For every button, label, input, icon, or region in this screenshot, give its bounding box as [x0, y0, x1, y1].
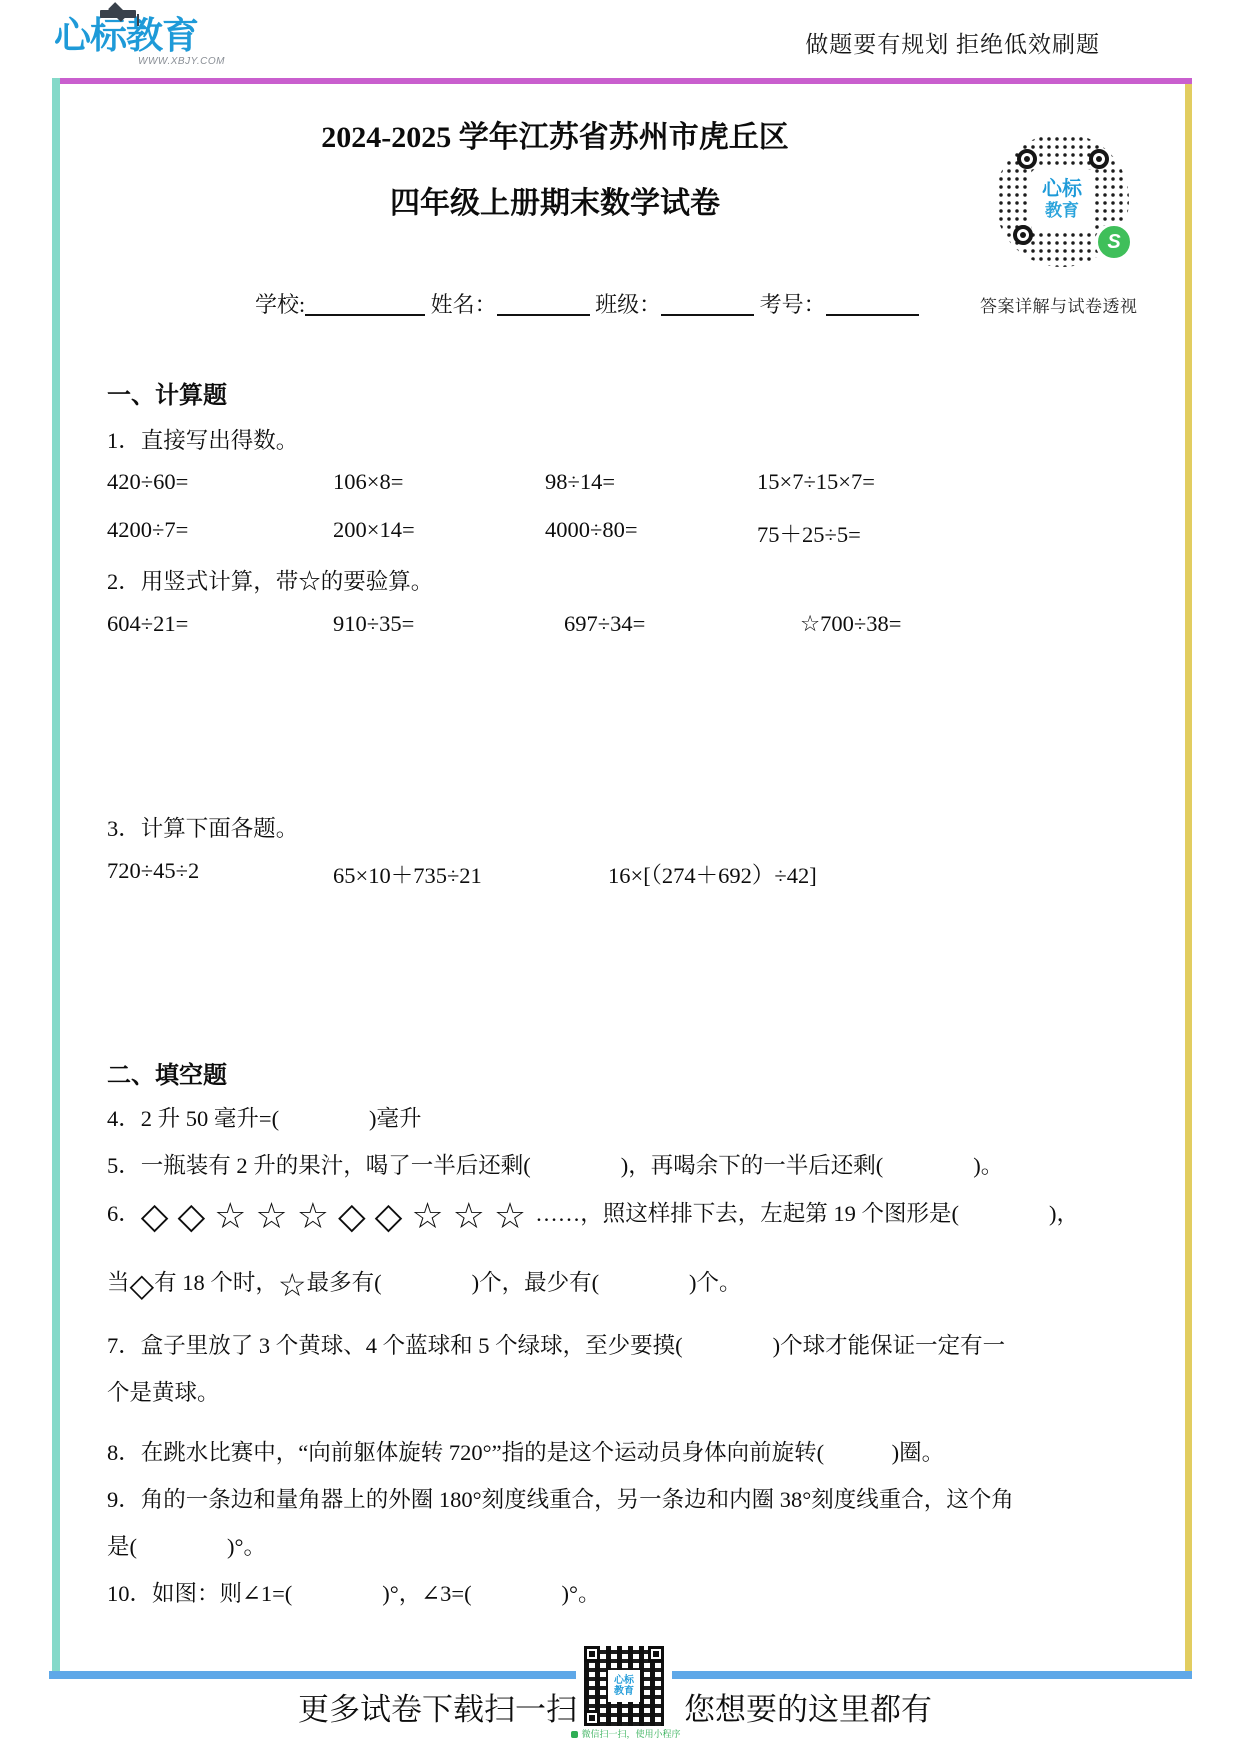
answer-qr-code: 心标 教育 S [995, 133, 1129, 267]
frame-top-border [52, 78, 1192, 84]
student-info-line: 学校: 姓名： 班级： 考号： [255, 288, 919, 319]
expression: ☆700÷38= [800, 611, 901, 637]
question-6-text: 最多有( )个，最少有( )个。 [307, 1270, 742, 1295]
footer-promo-right: 您想要的这里都有 [684, 1684, 932, 1729]
question-9-line1: 9．角的一条边和量角器上的外圈 180°刻度线重合，另一条边和内圈 38°刻度线… [107, 1482, 1147, 1514]
school-blank [305, 292, 425, 316]
star-shape: ☆ [255, 1196, 296, 1237]
expression: 697÷34= [564, 611, 800, 637]
graduation-cap-icon [100, 10, 136, 18]
question-6-number: 6． [107, 1201, 141, 1226]
footer-qr-logo-bottom: 教育 [614, 1686, 634, 1697]
qr-center-logo-bottom: 教育 [1045, 200, 1079, 222]
header-slogan: 做题要有规划 拒绝低效刷题 [805, 26, 1100, 59]
footer-qr-logo-top: 心标 [614, 1675, 634, 1686]
star-shape: ☆ [453, 1196, 494, 1237]
class-label: 班级： [595, 292, 661, 317]
footer-promo-left: 更多试卷下载扫一扫 [298, 1684, 577, 1729]
wechat-miniprogram-icon: S [1095, 223, 1133, 261]
qr-finder-icon [584, 1646, 600, 1662]
school-label: 学校: [255, 292, 305, 317]
diamond-shape: ◇ [338, 1196, 375, 1237]
question-6-line1: 6．◇◇☆☆☆◇◇☆☆☆……，照这样排下去，左起第 19 个图形是( )， [107, 1196, 1147, 1235]
footer-qr-caption-text: 微信扫一扫，使用小程序 [581, 1729, 680, 1739]
qr-finder-icon [1089, 149, 1109, 169]
footer-qr-pattern: 心标 教育 [584, 1646, 664, 1726]
question-6-text: 当 [107, 1270, 130, 1295]
expression: 604÷21= [107, 611, 333, 637]
expression: 4200÷7= [107, 517, 333, 549]
question-6-line2: 当◇有 18 个时，☆最多有( )个，最少有( )个。 [107, 1265, 1147, 1301]
frame-right-border [1185, 84, 1192, 1672]
star-shape: ☆ [214, 1196, 255, 1237]
wechat-dot-icon [571, 1731, 578, 1738]
star-shape: ☆ [278, 1266, 307, 1304]
expression: 720÷45÷2 [107, 858, 333, 890]
q2-label: 2．用竖式计算，带☆的要验算。 [107, 564, 1147, 596]
question-4: 4．2 升 50 毫升=( )毫升 [107, 1101, 1147, 1133]
question-7-line2: 个是黄球。 [107, 1375, 1147, 1407]
class-blank [661, 292, 754, 316]
expression: 420÷60= [107, 469, 333, 495]
diamond-shape: ◇ [130, 1266, 155, 1304]
section1-heading: 一、计算题 [107, 375, 1147, 410]
footer-qr-center-logo: 心标 教育 [608, 1670, 640, 1702]
qr-caption: 答案详解与试卷透视 [980, 292, 1150, 317]
section2-heading: 二、填空题 [107, 1055, 1147, 1090]
exam-no-blank [826, 292, 919, 316]
expression: 4000÷80= [545, 517, 757, 549]
expression: 910÷35= [333, 611, 564, 637]
qr-finder-icon [648, 1646, 664, 1662]
q1-row1: 420÷60= 106×8= 98÷14= 15×7÷15×7= [107, 469, 1147, 495]
question-5: 5．一瓶装有 2 升的果汁，喝了一半后还剩( )，再喝余下的一半后还剩( )。 [107, 1148, 1147, 1180]
star-shape: ☆ [297, 1196, 338, 1237]
question-6-tail: ……，照这样排下去，左起第 19 个图形是( )， [535, 1201, 1079, 1226]
diamond-shape: ◇ [141, 1196, 178, 1237]
name-label: 姓名： [431, 292, 497, 317]
exam-no-label: 考号： [760, 292, 826, 317]
name-blank [497, 292, 590, 316]
expression: 15×7÷15×7= [757, 469, 875, 495]
star-shape: ☆ [494, 1196, 535, 1237]
expression: 200×14= [333, 517, 545, 549]
expression: 65×10＋735÷21 [333, 858, 608, 890]
expression: 16×[（274＋692）÷42] [608, 858, 817, 890]
q1-row2: 4200÷7= 200×14= 4000÷80= 75＋25÷5= [107, 517, 1147, 549]
q2-row: 604÷21= 910÷35= 697÷34= ☆700÷38= [107, 611, 1147, 637]
paper-title-line2: 四年级上册期末数学试卷 [85, 178, 1025, 222]
brand-logo-text: 心标教育 [54, 15, 198, 56]
diamond-shape: ◇ [177, 1196, 214, 1237]
footer-qr-caption: 微信扫一扫，使用小程序 [556, 1727, 696, 1740]
qr-center-logo: 心标 教育 [1031, 169, 1093, 231]
question-10: 10．如图：则∠1=( )°，∠3=( )°。 [107, 1576, 1147, 1608]
qr-finder-icon [1013, 225, 1033, 245]
expression: 106×8= [333, 469, 545, 495]
q1-label: 1．直接写出得数。 [107, 423, 1147, 455]
frame-left-border [52, 78, 60, 1675]
paper-title-line1: 2024-2025 学年江苏省苏州市虎丘区 [85, 112, 1025, 156]
question-7-line1: 7．盒子里放了 3 个黄球、4 个蓝球和 5 个绿球，至少要摸( )个球才能保证… [107, 1328, 1147, 1360]
footer-qr-code: 心标 教育 [576, 1638, 672, 1734]
star-shape: ☆ [411, 1196, 452, 1237]
qr-finder-icon [1017, 149, 1037, 169]
brand-logo: 心标教育 WWW.XBJY.COM [54, 14, 244, 74]
qr-center-logo-top: 心标 [1042, 178, 1082, 200]
question-6-text: 有 18 个时， [154, 1270, 278, 1295]
question-8: 8．在跳水比赛中，“向前躯体旋转 720°”指的是这个运动员身体向前旋转( )圈… [107, 1435, 1147, 1467]
expression: 75＋25÷5= [757, 517, 861, 549]
q3-row: 720÷45÷2 65×10＋735÷21 16×[（274＋692）÷42] [107, 858, 1147, 890]
expression: 98÷14= [545, 469, 757, 495]
question-9-line2: 是( )°。 [107, 1529, 1147, 1561]
qr-finder-icon [584, 1710, 600, 1726]
brand-logo-url: WWW.XBJY.COM [138, 56, 225, 67]
diamond-shape: ◇ [375, 1196, 412, 1237]
q3-label: 3．计算下面各题。 [107, 811, 1147, 843]
